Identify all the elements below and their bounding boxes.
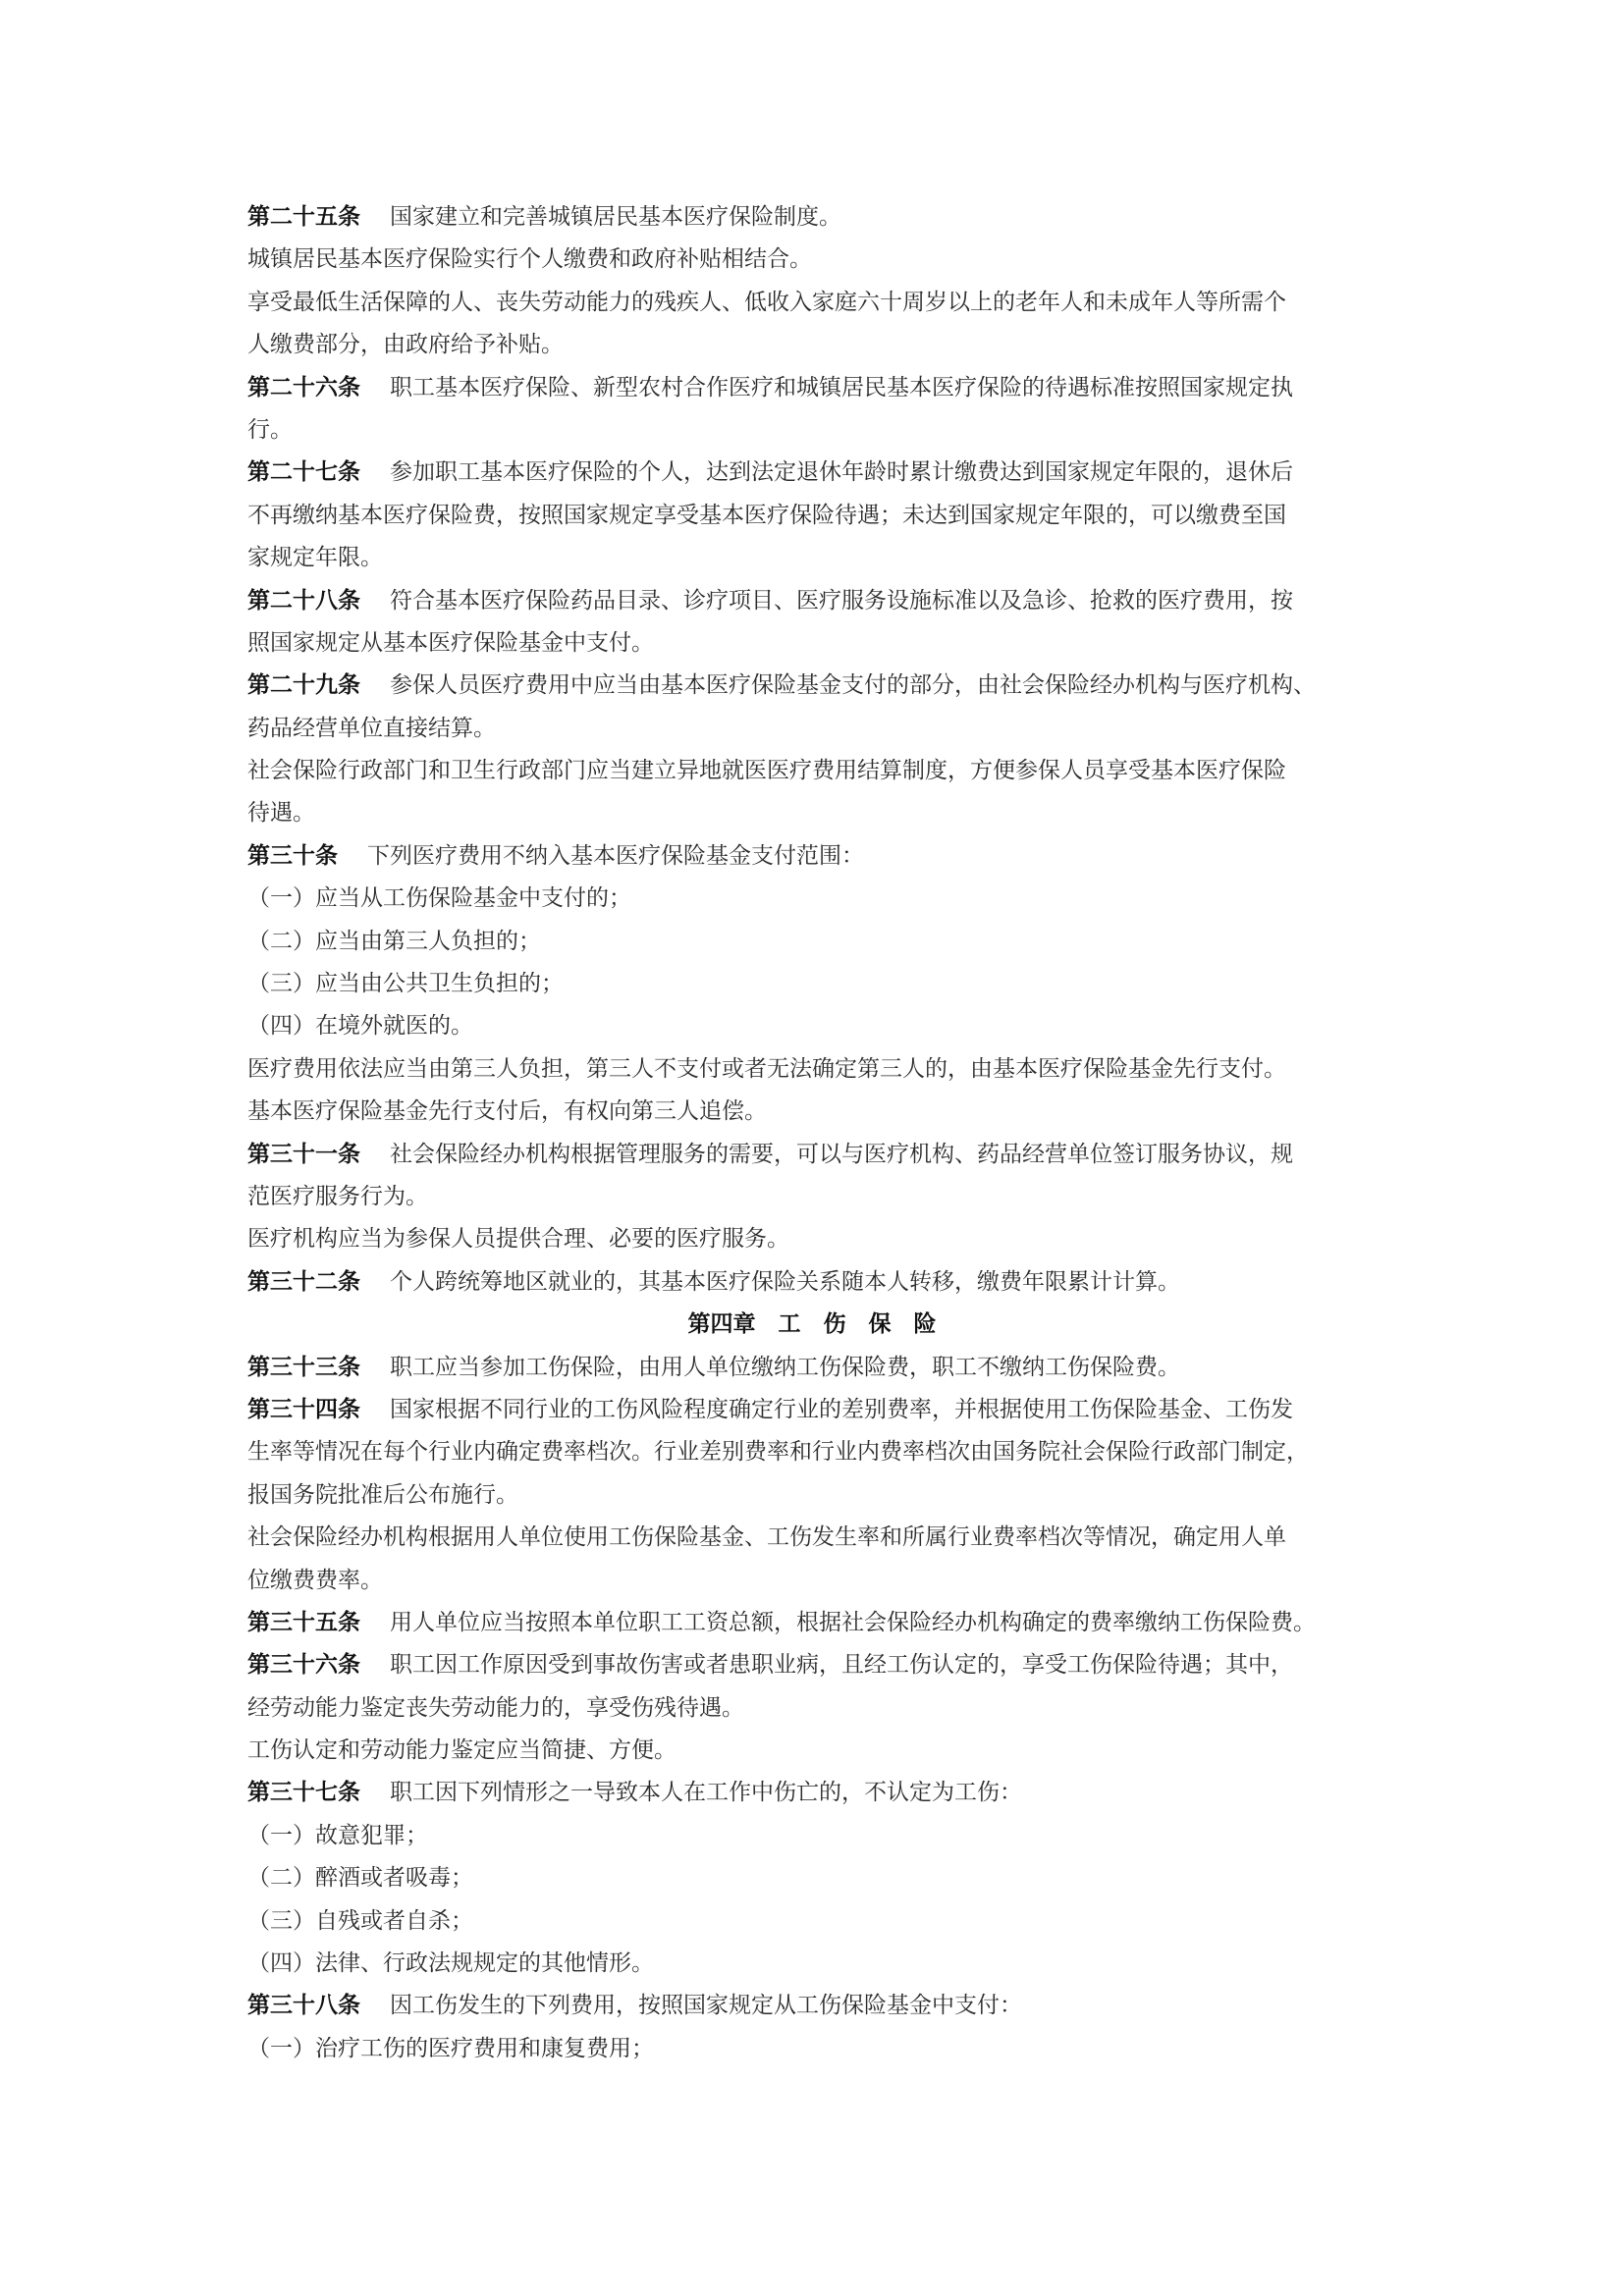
article-number-label: 第二十九条: [247, 672, 360, 698]
body-text: 社会保险行政部门和卫生行政部门应当建立异地就医医疗费用结算制度，方便参保人员享受…: [247, 758, 1286, 783]
paragraph-line: 范医疗服务行为。: [247, 1176, 1377, 1218]
paragraph-line: （三）自残或者自杀；: [247, 1900, 1377, 1943]
body-text: 个人跨统筹地区就业的，其基本医疗保险关系随本人转移，缴费年限累计计算。: [390, 1269, 1180, 1295]
body-text: 符合基本医疗保险药品目录、诊疗项目、医疗服务设施标准以及急诊、抢救的医疗费用，按: [390, 588, 1293, 614]
article-line: 第三十六条职工因工作原因受到事故伤害或者患职业病，且经工伤认定的，享受工伤保险待…: [247, 1644, 1377, 1686]
body-text: 国家根据不同行业的工伤风险程度确定行业的差别费率，并根据使用工伤保险基金、工伤发: [390, 1397, 1293, 1422]
body-text: （二）醉酒或者吸毒；: [247, 1865, 473, 1891]
paragraph-line: 照国家规定从基本医疗保险基金中支付。: [247, 622, 1377, 665]
body-text: 职工因下列情形之一导致本人在工作中伤亡的，不认定为工伤：: [390, 1780, 1022, 1805]
article-line: 第三十八条因工伤发生的下列费用，按照国家规定从工伤保险基金中支付：: [247, 1985, 1377, 2027]
body-text: 范医疗服务行为。: [247, 1184, 428, 1209]
article-number-label: 第二十五条: [247, 204, 360, 230]
body-text: （二）应当由第三人负担的；: [247, 929, 541, 954]
paragraph-line: 行。: [247, 409, 1377, 452]
paragraph-line: （二）应当由第三人负担的；: [247, 921, 1377, 963]
body-text: （一）故意犯罪；: [247, 1823, 428, 1848]
body-text: 医疗机构应当为参保人员提供合理、必要的医疗服务。: [247, 1226, 789, 1252]
article-line: 第三十五条用人单位应当按照本单位职工工资总额，根据社会保险经办机构确定的费率缴纳…: [247, 1602, 1377, 1644]
body-text: 行。: [247, 417, 293, 443]
paragraph-line: 待遇。: [247, 792, 1377, 834]
article-number-label: 第三十条: [247, 843, 338, 869]
paragraph-line: （二）醉酒或者吸毒；: [247, 1857, 1377, 1899]
body-text: 待遇。: [247, 800, 315, 826]
body-text: 不再缴纳基本医疗保险费，按照国家规定享受基本医疗保险待遇；未达到国家规定年限的，…: [247, 503, 1286, 528]
paragraph-line: 工伤认定和劳动能力鉴定应当简捷、方便。: [247, 1730, 1377, 1772]
body-text: 国家建立和完善城镇居民基本医疗保险制度。: [390, 204, 841, 230]
body-text: 享受最低生活保障的人、丧失劳动能力的残疾人、低收入家庭六十周岁以上的老年人和未成…: [247, 290, 1286, 315]
body-text: 生率等情况在每个行业内确定费率档次。行业差别费率和行业内费率档次由国务院社会保险…: [247, 1439, 1309, 1465]
article-line: 第二十九条参保人员医疗费用中应当由基本医疗保险基金支付的部分，由社会保险经办机构…: [247, 665, 1377, 707]
article-line: 第二十五条国家建立和完善城镇居民基本医疗保险制度。: [247, 196, 1377, 239]
article-number-label: 第三十四条: [247, 1397, 360, 1422]
paragraph-line: 城镇居民基本医疗保险实行个人缴费和政府补贴相结合。: [247, 239, 1377, 281]
body-text: 经劳动能力鉴定丧失劳动能力的，享受伤残待遇。: [247, 1695, 744, 1721]
body-text: （一）应当从工伤保险基金中支付的；: [247, 885, 631, 911]
body-text: 照国家规定从基本医疗保险基金中支付。: [247, 630, 654, 656]
article-line: 第三十条下列医疗费用不纳入基本医疗保险基金支付范围：: [247, 835, 1377, 878]
body-text: 职工因工作原因受到事故伤害或者患职业病，且经工伤认定的，享受工伤保险待遇；其中，: [390, 1652, 1293, 1678]
paragraph-line: 位缴费费率。: [247, 1560, 1377, 1602]
article-line: 第三十二条个人跨统筹地区就业的，其基本医疗保险关系随本人转移，缴费年限累计计算。: [247, 1261, 1377, 1304]
body-text: （四）法律、行政法规规定的其他情形。: [247, 1950, 654, 1976]
article-line: 第三十四条国家根据不同行业的工伤风险程度确定行业的差别费率，并根据使用工伤保险基…: [247, 1389, 1377, 1431]
body-text: 因工伤发生的下列费用，按照国家规定从工伤保险基金中支付：: [390, 1993, 1022, 2018]
body-text: 用人单位应当按照本单位职工工资总额，根据社会保险经办机构确定的费率缴纳工伤保险费…: [390, 1610, 1316, 1635]
document-page: 第二十五条国家建立和完善城镇居民基本医疗保险制度。城镇居民基本医疗保险实行个人缴…: [247, 196, 1377, 2070]
article-line: 第二十八条符合基本医疗保险药品目录、诊疗项目、医疗服务设施标准以及急诊、抢救的医…: [247, 580, 1377, 622]
article-line: 第三十三条职工应当参加工伤保险，由用人单位缴纳工伤保险费，职工不缴纳工伤保险费。: [247, 1347, 1377, 1389]
article-line: 第二十六条职工基本医疗保险、新型农村合作医疗和城镇居民基本医疗保险的待遇标准按照…: [247, 367, 1377, 409]
body-text: （三）自残或者自杀；: [247, 1908, 473, 1934]
body-text: 报国务院批准后公布施行。: [247, 1482, 518, 1508]
article-line: 第三十七条职工因下列情形之一导致本人在工作中伤亡的，不认定为工伤：: [247, 1772, 1377, 1814]
paragraph-line: 药品经营单位直接结算。: [247, 708, 1377, 750]
paragraph-line: （三）应当由公共卫生负担的；: [247, 963, 1377, 1005]
article-number-label: 第二十八条: [247, 588, 360, 614]
paragraph-line: 社会保险经办机构根据用人单位使用工伤保险基金、工伤发生率和所属行业费率档次等情况…: [247, 1517, 1377, 1559]
article-number-label: 第二十六条: [247, 375, 360, 400]
article-number-label: 第三十一条: [247, 1142, 360, 1167]
paragraph-line: 不再缴纳基本医疗保险费，按照国家规定享受基本医疗保险待遇；未达到国家规定年限的，…: [247, 495, 1377, 537]
body-text: （三）应当由公共卫生负担的；: [247, 971, 564, 996]
paragraph-line: 生率等情况在每个行业内确定费率档次。行业差别费率和行业内费率档次由国务院社会保险…: [247, 1431, 1377, 1473]
article-number-label: 第二十七条: [247, 459, 360, 485]
article-number-label: 第三十六条: [247, 1652, 360, 1678]
body-text: 家规定年限。: [247, 545, 383, 570]
body-text: 工伤认定和劳动能力鉴定应当简捷、方便。: [247, 1737, 677, 1763]
body-text: 城镇居民基本医疗保险实行个人缴费和政府补贴相结合。: [247, 246, 812, 272]
paragraph-line: 基本医疗保险基金先行支付后，有权向第三人追偿。: [247, 1091, 1377, 1133]
body-text: 药品经营单位直接结算。: [247, 716, 496, 741]
paragraph-line: 社会保险行政部门和卫生行政部门应当建立异地就医医疗费用结算制度，方便参保人员享受…: [247, 750, 1377, 792]
body-text: 社会保险经办机构根据用人单位使用工伤保险基金、工伤发生率和所属行业费率档次等情况…: [247, 1524, 1286, 1550]
body-text: 职工应当参加工伤保险，由用人单位缴纳工伤保险费，职工不缴纳工伤保险费。: [390, 1355, 1180, 1380]
article-number-label: 第三十七条: [247, 1780, 360, 1805]
body-text: 职工基本医疗保险、新型农村合作医疗和城镇居民基本医疗保险的待遇标准按照国家规定执: [390, 375, 1293, 400]
article-line: 第三十一条社会保险经办机构根据管理服务的需要，可以与医疗机构、药品经营单位签订服…: [247, 1134, 1377, 1176]
body-text: 人缴费部分，由政府给予补贴。: [247, 332, 564, 357]
paragraph-line: （一）治疗工伤的医疗费用和康复费用；: [247, 2028, 1377, 2070]
paragraph-line: 享受最低生活保障的人、丧失劳动能力的残疾人、低收入家庭六十周岁以上的老年人和未成…: [247, 282, 1377, 324]
body-text: （一）治疗工伤的医疗费用和康复费用；: [247, 2036, 654, 2061]
body-text: （四）在境外就医的。: [247, 1013, 473, 1039]
article-number-label: 第三十二条: [247, 1269, 360, 1295]
body-text: 社会保险经办机构根据管理服务的需要，可以与医疗机构、药品经营单位签订服务协议，规: [390, 1142, 1293, 1167]
paragraph-line: 家规定年限。: [247, 537, 1377, 579]
body-text: 参保人员医疗费用中应当由基本医疗保险基金支付的部分，由社会保险经办机构与医疗机构…: [390, 672, 1316, 698]
paragraph-line: （四）法律、行政法规规定的其他情形。: [247, 1943, 1377, 1985]
paragraph-line: （四）在境外就医的。: [247, 1005, 1377, 1047]
paragraph-line: 报国务院批准后公布施行。: [247, 1474, 1377, 1517]
paragraph-line: 人缴费部分，由政府给予补贴。: [247, 324, 1377, 366]
article-number-label: 第三十三条: [247, 1355, 360, 1380]
paragraph-line: （一）故意犯罪；: [247, 1815, 1377, 1857]
paragraph-line: 医疗机构应当为参保人员提供合理、必要的医疗服务。: [247, 1218, 1377, 1260]
body-text: 参加职工基本医疗保险的个人，达到法定退休年龄时累计缴费达到国家规定年限的，退休后: [390, 459, 1293, 485]
article-line: 第二十七条参加职工基本医疗保险的个人，达到法定退休年龄时累计缴费达到国家规定年限…: [247, 452, 1377, 494]
paragraph-line: 经劳动能力鉴定丧失劳动能力的，享受伤残待遇。: [247, 1687, 1377, 1730]
article-number-label: 第三十八条: [247, 1993, 360, 2018]
article-number-label: 第三十五条: [247, 1610, 360, 1635]
paragraph-line: 医疗费用依法应当由第三人负担，第三人不支付或者无法确定第三人的，由基本医疗保险基…: [247, 1048, 1377, 1091]
body-text: 基本医疗保险基金先行支付后，有权向第三人追偿。: [247, 1098, 767, 1124]
body-text: 下列医疗费用不纳入基本医疗保险基金支付范围：: [367, 843, 864, 869]
body-text: 医疗费用依法应当由第三人负担，第三人不支付或者无法确定第三人的，由基本医疗保险基…: [247, 1056, 1286, 1082]
paragraph-line: （一）应当从工伤保险基金中支付的；: [247, 878, 1377, 920]
chapter-heading: 第四章 工 伤 保 险: [247, 1304, 1377, 1346]
body-text: 位缴费费率。: [247, 1568, 383, 1593]
